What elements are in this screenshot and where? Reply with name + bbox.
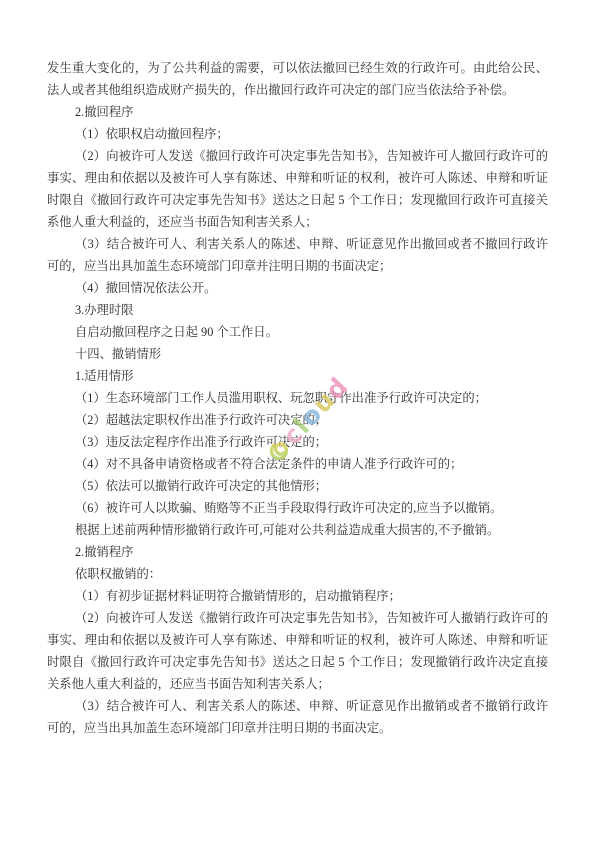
paragraph: （4）对不具备申请资格或者不符合法定条件的申请人准予行政许可的；: [47, 453, 548, 475]
paragraph: 十四、撤销情形: [47, 343, 548, 365]
document-body: 发生重大变化的，为了公共利益的需要，可以依法撤回已经生效的行政许可。由此给公民、…: [47, 57, 548, 739]
paragraph: （4）撤回情况依法公开。: [47, 277, 548, 299]
paragraph: （6）被许可人以欺骗、贿赂等不正当手段取得行政许可决定的,应当予以撤销。: [47, 497, 548, 519]
paragraph: （2）向被许可人发送《撤销行政许可决定事先告知书》，告知被许可人撤销行政许可的事…: [47, 607, 548, 695]
paragraph: （1）生态环境部门工作人员滥用职权、玩忽职守作出准予行政许可决定的；: [47, 387, 548, 409]
paragraph: 发生重大变化的，为了公共利益的需要，可以依法撤回已经生效的行政许可。由此给公民、…: [47, 57, 548, 101]
document-page: 发生重大变化的，为了公共利益的需要，可以依法撤回已经生效的行政许可。由此给公民、…: [0, 0, 595, 841]
paragraph: （2）向被许可人发送《撤回行政许可决定事先告知书》，告知被许可人撤回行政许可的事…: [47, 145, 548, 233]
paragraph: 3.办理时限: [47, 299, 548, 321]
paragraph: （3）结合被许可人、利害关系人的陈述、申辩、听证意见作出撤回或者不撤回行政许可的…: [47, 233, 548, 277]
paragraph: （1）有初步证据材料证明符合撤销情形的，启动撤销程序；: [47, 585, 548, 607]
paragraph: （5）依法可以撤销行政许可决定的其他情形；: [47, 475, 548, 497]
paragraph: 自启动撤回程序之日起 90 个工作日。: [47, 321, 548, 343]
paragraph: 2.撤回程序: [47, 101, 548, 123]
paragraph: 1.适用情形: [47, 365, 548, 387]
paragraph: （3）结合被许可人、利害关系人的陈述、申辩、听证意见作出撤销或者不撤销行政许可的…: [47, 695, 548, 739]
paragraph: 依职权撤销的：: [47, 563, 548, 585]
paragraph: 2.撤销程序: [47, 541, 548, 563]
paragraph: 根据上述前两种情形撤销行政许可,可能对公共利益造成重大损害的,不予撤销。: [47, 519, 548, 541]
paragraph: （3）违反法定程序作出准予行政许可决定的；: [47, 431, 548, 453]
paragraph: （2）超越法定职权作出准予行政许可决定的；: [47, 409, 548, 431]
paragraph: （1）依职权启动撤回程序；: [47, 123, 548, 145]
